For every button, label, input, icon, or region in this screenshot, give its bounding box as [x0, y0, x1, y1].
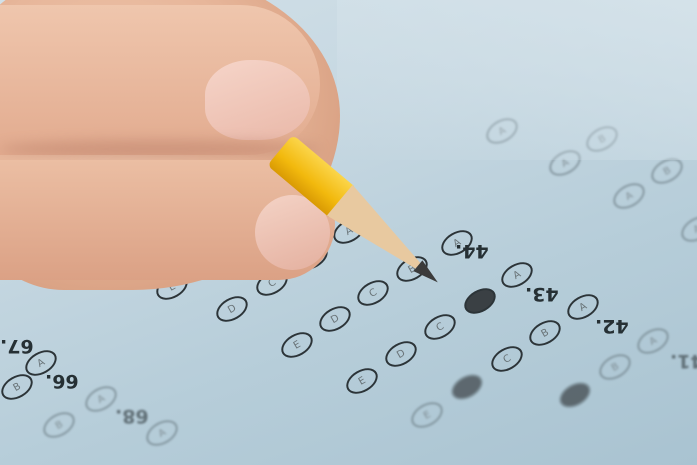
answer-bubble: D — [212, 291, 252, 327]
answer-bubble: B — [595, 349, 635, 385]
answer-bubble: E — [342, 363, 382, 399]
question-number: 42. — [595, 315, 629, 337]
answer-bubble: A — [677, 211, 697, 247]
answer-sheet-photo: ABCDEACDEABCEABABCDEABABAABABAA44.43.42.… — [0, 0, 697, 465]
answer-bubble: D — [381, 336, 421, 372]
answer-bubble: C — [420, 309, 460, 345]
question-number: 66. — [45, 370, 79, 392]
answer-bubble: C — [353, 275, 393, 311]
out-of-focus-area — [337, 0, 697, 160]
answer-bubble — [555, 377, 595, 413]
answer-bubble: E — [277, 327, 317, 363]
question-number: 44. — [455, 240, 489, 262]
question-number: 68. — [115, 405, 149, 427]
index-fingernail — [205, 60, 310, 140]
answer-bubble: E — [407, 397, 447, 433]
finger-crease — [0, 140, 320, 158]
question-number: 43. — [525, 283, 559, 305]
answer-bubble: A — [633, 323, 673, 359]
answer-bubble — [447, 369, 487, 405]
answer-bubble: C — [487, 341, 527, 377]
answer-bubble: B — [39, 407, 79, 443]
answer-bubble — [460, 283, 500, 319]
answer-bubble: B — [525, 315, 565, 351]
question-number: 41. — [670, 350, 697, 372]
answer-bubble: D — [315, 301, 355, 337]
question-number: 67. — [0, 335, 34, 357]
answer-bubble: A — [609, 178, 649, 214]
